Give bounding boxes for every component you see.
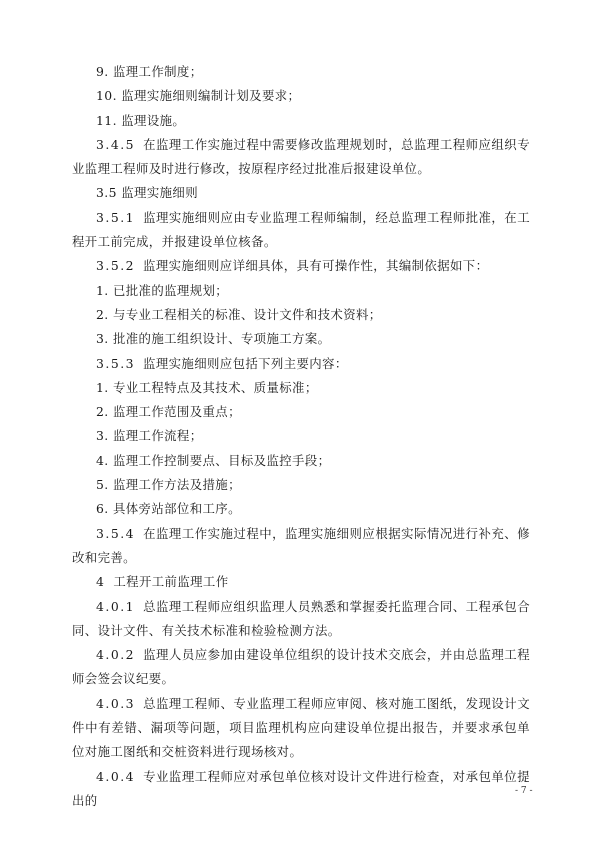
paragraph-text: 2. 与专业工程相关的标准、设计文件和技术资料； (96, 307, 382, 322)
paragraph-text: 3. 批准的施工组织设计、专项施工方案。 (96, 331, 330, 346)
paragraph: 3.5.2监理实施细则应详细具体，具有可操作性，其编制依据如下： (72, 254, 530, 278)
clause-number: 4.0.2 (96, 647, 135, 662)
paragraph-text: 5. 监理工作方法及措施； (96, 477, 241, 492)
list-item: 3. 批准的施工组织设计、专项施工方案。 (72, 327, 530, 351)
paragraph-text: 专业监理工程师应对承包单位核对设计文件进行检查，对承包单位提出的 (72, 769, 530, 808)
paragraph-text: 3. 监理工作流程； (96, 428, 203, 443)
paragraph-text: 10. 监理实施细则编制计划及要求； (96, 88, 300, 103)
chapter-heading: 4工程开工前监理工作 (72, 570, 530, 594)
paragraph: 9. 监理工作制度； (72, 60, 530, 84)
paragraph-text: 1. 专业工程特点及其技术、质量标准； (96, 380, 318, 395)
paragraph-text: 在监理工作实施过程中需要修改监理规划时，总监理工程师应组织专业监理工程师及时进行… (72, 137, 530, 176)
paragraph-text: 11. 监理设施。 (96, 113, 185, 128)
paragraph-text: 1. 已批准的监理规划； (96, 283, 228, 298)
list-item: 4. 监理工作控制要点、目标及监控手段； (72, 449, 530, 473)
clause-number: 3.5.4 (96, 526, 135, 541)
paragraph: 4.0.4专业监理工程师应对承包单位核对设计文件进行检查，对承包单位提出的 (72, 765, 530, 814)
section-heading: 3.5 监理实施细则 (72, 181, 530, 205)
paragraph: 4.0.2监理人员应参加由建设单位组织的设计技术交底会，并由总监理工程师会签会议… (72, 643, 530, 692)
list-item: 1. 已批准的监理规划； (72, 279, 530, 303)
list-item: 1. 专业工程特点及其技术、质量标准； (72, 376, 530, 400)
paragraph-text: 监理实施细则应包括下列主要内容： (143, 356, 348, 371)
paragraph: 4.0.1总监理工程师应组织监理人员熟悉和掌握委托监理合同、工程承包合同、设计文… (72, 595, 530, 644)
list-item: 2. 监理工作范围及重点； (72, 400, 530, 424)
paragraph: 4.0.3总监理工程师、专业监理工程师应审阅、核对施工图纸，发现设计文件中有差错… (72, 692, 530, 765)
clause-number: 3.4.5 (96, 137, 135, 152)
paragraph-text: 6. 具体旁站部位和工序。 (96, 501, 241, 516)
list-item: 5. 监理工作方法及措施； (72, 473, 530, 497)
paragraph-text: 监理实施细则应由专业监理工程师编制，经总监理工程师批准，在工程开工前完成，并报建… (72, 210, 530, 249)
paragraph: 3.4.5在监理工作实施过程中需要修改监理规划时，总监理工程师应组织专业监理工程… (72, 133, 530, 182)
paragraph: 10. 监理实施细则编制计划及要求； (72, 84, 530, 108)
paragraph-text: 工程开工前监理工作 (113, 574, 228, 589)
clause-number: 3.5.2 (96, 258, 135, 273)
paragraph-text: 总监理工程师、专业监理工程师应审阅、核对施工图纸，发现设计文件中有差错、漏项等问… (72, 696, 530, 760)
clause-number: 3.5.3 (96, 356, 135, 371)
paragraph-text: 9. 监理工作制度； (96, 64, 203, 79)
paragraph-text: 2. 监理工作范围及重点； (96, 404, 241, 419)
paragraph: 3.5.3监理实施细则应包括下列主要内容： (72, 352, 530, 376)
list-item: 2. 与专业工程相关的标准、设计文件和技术资料； (72, 303, 530, 327)
paragraph-text: 监理实施细则应详细具体，具有可操作性，其编制依据如下： (143, 258, 488, 273)
document-page: 9. 监理工作制度； 10. 监理实施细则编制计划及要求； 11. 监理设施。 … (72, 60, 530, 813)
paragraph-text: 在监理工作实施过程中，监理实施细则应根据实际情况进行补充、修改和完善。 (72, 526, 530, 565)
paragraph-text: 监理人员应参加由建设单位组织的设计技术交底会，并由总监理工程师会签会议纪要。 (72, 647, 530, 686)
chapter-number: 4 (96, 574, 105, 589)
clause-number: 3.5.1 (96, 210, 135, 225)
paragraph: 3.5.1监理实施细则应由专业监理工程师编制，经总监理工程师批准，在工程开工前完… (72, 206, 530, 255)
list-item: 6. 具体旁站部位和工序。 (72, 497, 530, 521)
list-item: 3. 监理工作流程； (72, 424, 530, 448)
clause-number: 4.0.3 (96, 696, 135, 711)
paragraph: 11. 监理设施。 (72, 109, 530, 133)
paragraph-text: 4. 监理工作控制要点、目标及监控手段； (96, 453, 330, 468)
paragraph-text: 3.5 监理实施细则 (96, 185, 198, 200)
page-number: - 7 - (515, 786, 533, 796)
clause-number: 4.0.1 (96, 599, 135, 614)
clause-number: 4.0.4 (96, 769, 135, 784)
paragraph: 3.5.4在监理工作实施过程中，监理实施细则应根据实际情况进行补充、修改和完善。 (72, 522, 530, 571)
paragraph-text: 总监理工程师应组织监理人员熟悉和掌握委托监理合同、工程承包合同、设计文件、有关技… (72, 599, 530, 638)
